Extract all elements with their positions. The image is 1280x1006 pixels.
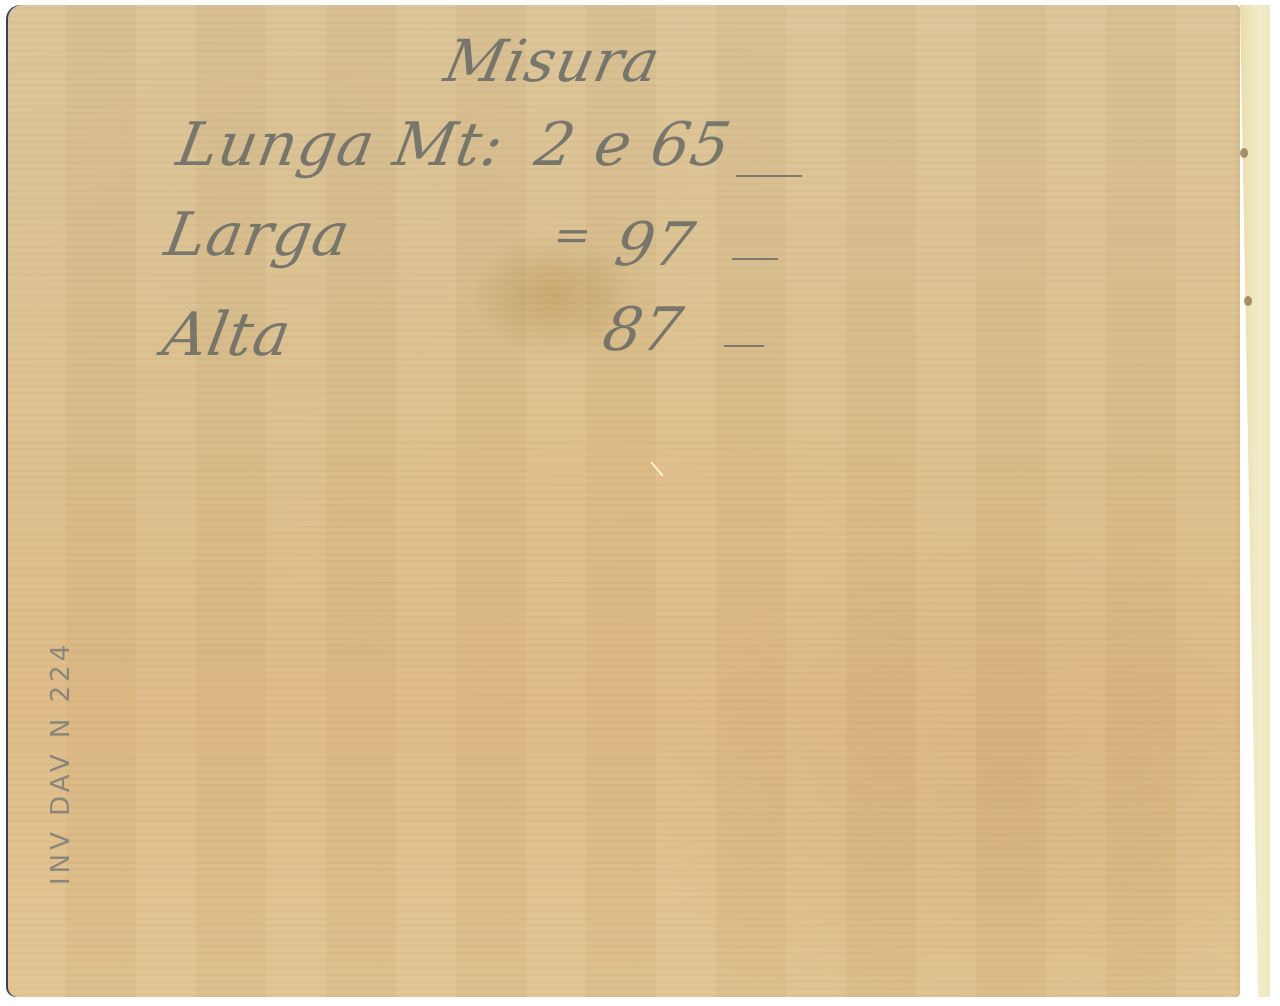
dash-lunga [736,175,802,177]
label-larga: Larga [160,200,356,270]
edge-stain-spot [1240,148,1248,158]
document-scan: Misura Lunga Mt: 2 e 65 Larga = 97 Alta … [0,0,1280,1006]
heading-misura: Misura [439,27,667,95]
value-larga: 97 [610,210,701,280]
dash-alta [724,345,764,347]
label-alta: Alta [158,300,297,370]
inventory-mark: INV DAV N 224 [46,641,76,885]
edge-stain-spot [1244,296,1252,306]
dash-larga [732,258,778,260]
value-alta: 87 [598,295,689,365]
paper-card-back: Misura Lunga Mt: 2 e 65 Larga = 97 Alta … [6,5,1240,997]
label-lunga: Lunga Mt: [172,110,509,180]
scratch-mark [650,461,663,476]
value-lunga: 2 e 65 [530,110,737,180]
separator-larga: = [550,210,597,261]
